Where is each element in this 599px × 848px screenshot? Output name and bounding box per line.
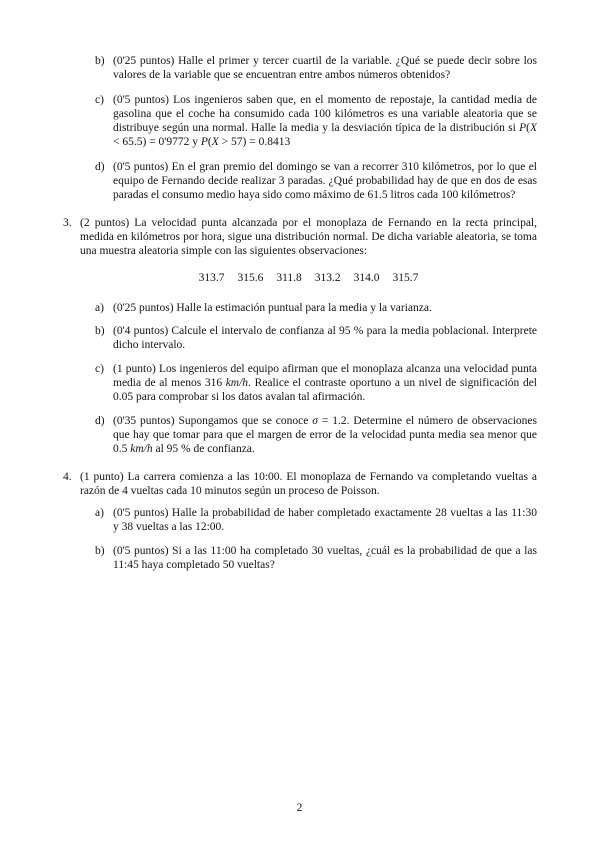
page-number: 2 bbox=[0, 801, 599, 815]
item-text: (0'25 puntos) Halle la estimación puntua… bbox=[113, 301, 537, 315]
item-label: b) bbox=[95, 324, 113, 353]
item-text: (0'35 puntos) Supongamos que se conoce σ… bbox=[113, 414, 537, 457]
item-label: d) bbox=[95, 160, 113, 203]
item-label: c) bbox=[95, 93, 113, 150]
item-text: (1 punto) Los ingenieros del equipo afir… bbox=[113, 362, 537, 405]
problem-statement: (2 puntos) La velocidad punta alcanzada … bbox=[80, 216, 537, 259]
exercise-item-4a: a) (0'5 puntos) Halle la probabilidad de… bbox=[95, 506, 537, 535]
exercise-item-2c: c) (0'5 puntos) Los ingenieros saben que… bbox=[95, 93, 537, 150]
item-text: (0'4 puntos) Calcule el intervalo de con… bbox=[113, 324, 537, 353]
observation-value: 314.0 bbox=[354, 271, 380, 285]
item-label: c) bbox=[95, 362, 113, 405]
problem-body: (2 puntos) La velocidad punta alcanzada … bbox=[80, 216, 537, 457]
exercise-item-2d: d) (0'5 puntos) En el gran premio del do… bbox=[95, 160, 537, 203]
exercise-item-3c: c) (1 punto) Los ingenieros del equipo a… bbox=[95, 362, 537, 405]
item-label: d) bbox=[95, 414, 113, 457]
item-text: (0'25 puntos) Halle el primer y tercer c… bbox=[113, 54, 537, 83]
page-content: b) (0'25 puntos) Halle el primer y terce… bbox=[63, 54, 537, 585]
observation-value: 315.7 bbox=[393, 271, 419, 285]
exercise-item-3d: d) (0'35 puntos) Supongamos que se conoc… bbox=[95, 414, 537, 457]
document-page: b) (0'25 puntos) Halle el primer y terce… bbox=[0, 0, 599, 848]
problem-number: 4. bbox=[63, 470, 80, 573]
observation-value: 311.8 bbox=[276, 271, 301, 285]
observation-value: 315.6 bbox=[237, 271, 263, 285]
observation-value: 313.2 bbox=[315, 271, 341, 285]
problem-3: 3. (2 puntos) La velocidad punta alcanza… bbox=[63, 216, 537, 457]
exercise-item-3b: b) (0'4 puntos) Calcule el intervalo de … bbox=[95, 324, 537, 353]
item-label: a) bbox=[95, 301, 113, 315]
exercise-item-3a: a) (0'25 puntos) Halle la estimación pun… bbox=[95, 301, 537, 315]
problem-4-items: a) (0'5 puntos) Halle la probabilidad de… bbox=[80, 506, 537, 572]
item-text: (0'5 puntos) Los ingenieros saben que, e… bbox=[113, 93, 537, 150]
problem-statement: (1 punto) La carrera comienza a las 10:0… bbox=[80, 470, 537, 499]
item-label: a) bbox=[95, 506, 113, 535]
problem-number: 3. bbox=[63, 216, 80, 457]
problem-3-items: a) (0'25 puntos) Halle la estimación pun… bbox=[80, 301, 537, 457]
exercise-item-4b: b) (0'5 puntos) Si a las 11:00 ha comple… bbox=[95, 544, 537, 573]
item-label: b) bbox=[95, 54, 113, 83]
problem-2-items: b) (0'25 puntos) Halle el primer y terce… bbox=[63, 54, 537, 203]
problem-body: (1 punto) La carrera comienza a las 10:0… bbox=[80, 470, 537, 573]
observations-row: 313.7 315.6 311.8 313.2 314.0 315.7 bbox=[80, 271, 537, 285]
problem-4: 4. (1 punto) La carrera comienza a las 1… bbox=[63, 470, 537, 573]
item-text: (0'5 puntos) Halle la probabilidad de ha… bbox=[113, 506, 537, 535]
exercise-item-2b: b) (0'25 puntos) Halle el primer y terce… bbox=[95, 54, 537, 83]
item-label: b) bbox=[95, 544, 113, 573]
observation-value: 313.7 bbox=[199, 271, 225, 285]
item-text: (0'5 puntos) Si a las 11:00 ha completad… bbox=[113, 544, 537, 573]
item-text: (0'5 puntos) En el gran premio del domin… bbox=[113, 160, 537, 203]
